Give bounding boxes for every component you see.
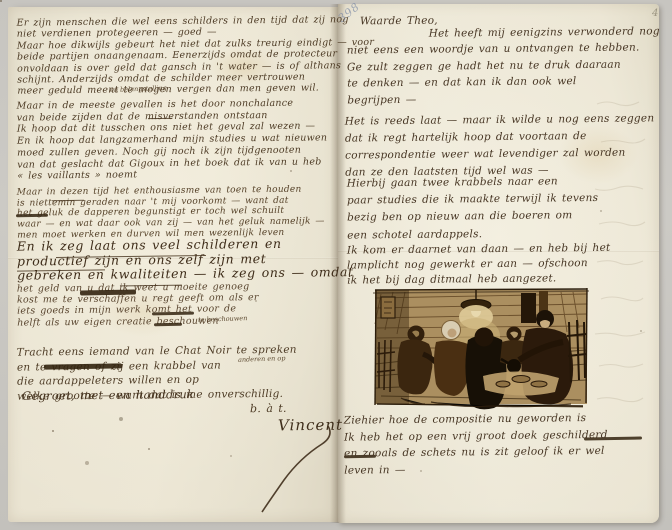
letter-paragraph: het geld van u dat ik weet u moeite geno… [17, 280, 327, 328]
interlinear-insertion: te beschouwen [198, 314, 248, 324]
handwriting-line: begrijpen — [347, 89, 637, 108]
letter-paragraph: Maar in dezen tijd het enthousiasme van … [17, 184, 328, 241]
handwriting-line: correspondentie weer wat levendiger zal … [345, 144, 645, 164]
ink-strikethrough [80, 290, 136, 296]
letter-paragraph: Hierbij gaan twee krabbels naar eenpaar … [347, 172, 648, 244]
letter-paragraph-emphasized: En ik zeg laat ons veel schilderen enpro… [17, 236, 327, 283]
ink-strikethrough [154, 323, 182, 326]
letter-paragraph: Maar in de meeste gevallen is het door n… [17, 97, 328, 182]
interlinear-insertion: anderen en op [238, 354, 286, 364]
letter-scan: Er zijn menschen die wel eens schilders … [0, 0, 672, 530]
valediction: b. à t. [250, 402, 287, 415]
potato-eaters-sketch: Five peasants seated around a table unde… [371, 284, 592, 413]
letter-paragraph: Ziehier hoe de compositie nu geworden is… [344, 409, 655, 479]
handwriting-line: Het is reeds laat — maar ik wilde u nog … [345, 110, 645, 130]
letter-paragraph: Er zijn menschen die wel eens schilders … [17, 14, 328, 97]
handwriting-line: b. à t. [250, 402, 287, 415]
handwriting-line: leven in — [344, 459, 654, 479]
handwriting-line: Gegroet, met een handdruk [22, 387, 194, 403]
handwriting-line: Ge zult zeggen ge hadt het nu te druk da… [347, 56, 637, 75]
signature-flourish [240, 420, 335, 515]
page-number-pencil: 4 [652, 8, 658, 19]
ink-strikethrough [16, 214, 48, 218]
letter-paragraph: Ik kom er daarnet van daan — en heb bij … [347, 240, 647, 288]
handwriting-line: Ik kom er daarnet van daan — en heb bij … [347, 240, 647, 258]
closing-line: Gegroet, met een handdruk [22, 387, 194, 403]
handwriting-line: Ik heb het op een vrij groot doek geschi… [344, 426, 654, 446]
foxing-specks [0, 0, 2, 2]
letter-paragraph: Het heeft mij eenigzins verwonderd nogni… [347, 23, 638, 108]
letter-paragraph: Het is reeds laat — maar ik wilde u nog … [345, 110, 646, 181]
